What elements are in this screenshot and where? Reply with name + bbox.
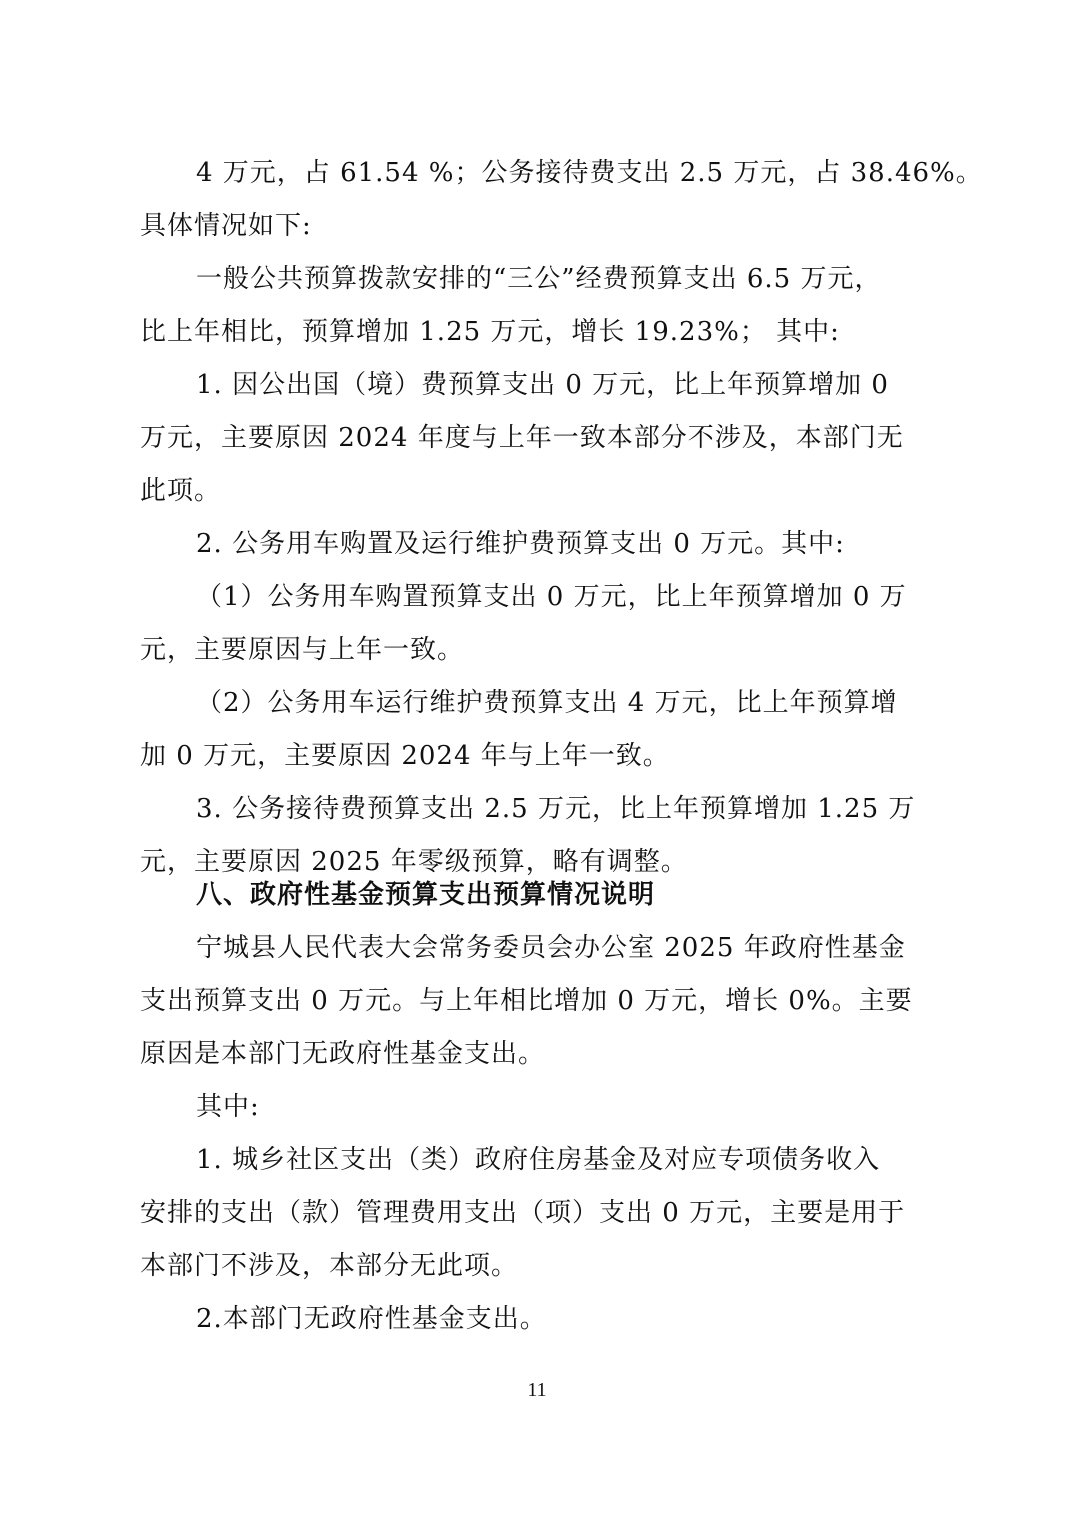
paragraph-line: 3. 公务接待费预算支出 2.5 万元，比上年预算增加 1.25 万 xyxy=(196,789,940,829)
paragraph-line: （1）公务用车购置预算支出 0 万元，比上年预算增加 0 万 xyxy=(196,577,940,617)
paragraph-line: 具体情况如下: xyxy=(140,206,940,246)
page-number: 11 xyxy=(0,1378,1074,1402)
paragraph-line: 1. 因公出国（境）费预算支出 0 万元，比上年预算增加 0 xyxy=(196,365,940,405)
paragraph-line: 加 0 万元，主要原因 2024 年与上年一致。 xyxy=(140,736,940,776)
paragraph-line: 4 万元，占 61.54 %；公务接待费支出 2.5 万元，占 38.46%。 xyxy=(196,153,940,193)
paragraph-line: 安排的支出（款）管理费用支出（项）支出 0 万元，主要是用于 xyxy=(140,1193,940,1233)
paragraph-line: 本部门不涉及，本部分无此项。 xyxy=(140,1246,940,1286)
paragraph-line: 2.本部门无政府性基金支出。 xyxy=(196,1299,940,1339)
paragraph-line: 1. 城乡社区支出（类）政府住房基金及对应专项债务收入 xyxy=(196,1140,940,1180)
paragraph-line: 2. 公务用车购置及运行维护费预算支出 0 万元。其中: xyxy=(196,524,940,564)
paragraph-line: 原因是本部门无政府性基金支出。 xyxy=(140,1034,940,1074)
paragraph-line: 一般公共预算拨款安排的“三公”经费预算支出 6.5 万元， xyxy=(196,259,940,299)
paragraph-line: 比上年相比，预算增加 1.25 万元，增长 19.23%； 其中: xyxy=(140,312,940,352)
paragraph-line: 宁城县人民代表大会常务委员会办公室 2025 年政府性基金 xyxy=(196,928,940,968)
paragraph-line: 支出预算支出 0 万元。与上年相比增加 0 万元，增长 0%。主要 xyxy=(140,981,940,1021)
paragraph-line: 此项。 xyxy=(140,471,940,511)
paragraph-line: （2）公务用车运行维护费预算支出 4 万元，比上年预算增 xyxy=(196,683,940,723)
section-heading: 八、政府性基金预算支出预算情况说明 xyxy=(196,875,940,915)
paragraph-line: 其中: xyxy=(196,1087,940,1127)
paragraph-line: 万元，主要原因 2024 年度与上年一致本部分不涉及，本部门无 xyxy=(140,418,940,458)
paragraph-line: 元，主要原因与上年一致。 xyxy=(140,630,940,670)
